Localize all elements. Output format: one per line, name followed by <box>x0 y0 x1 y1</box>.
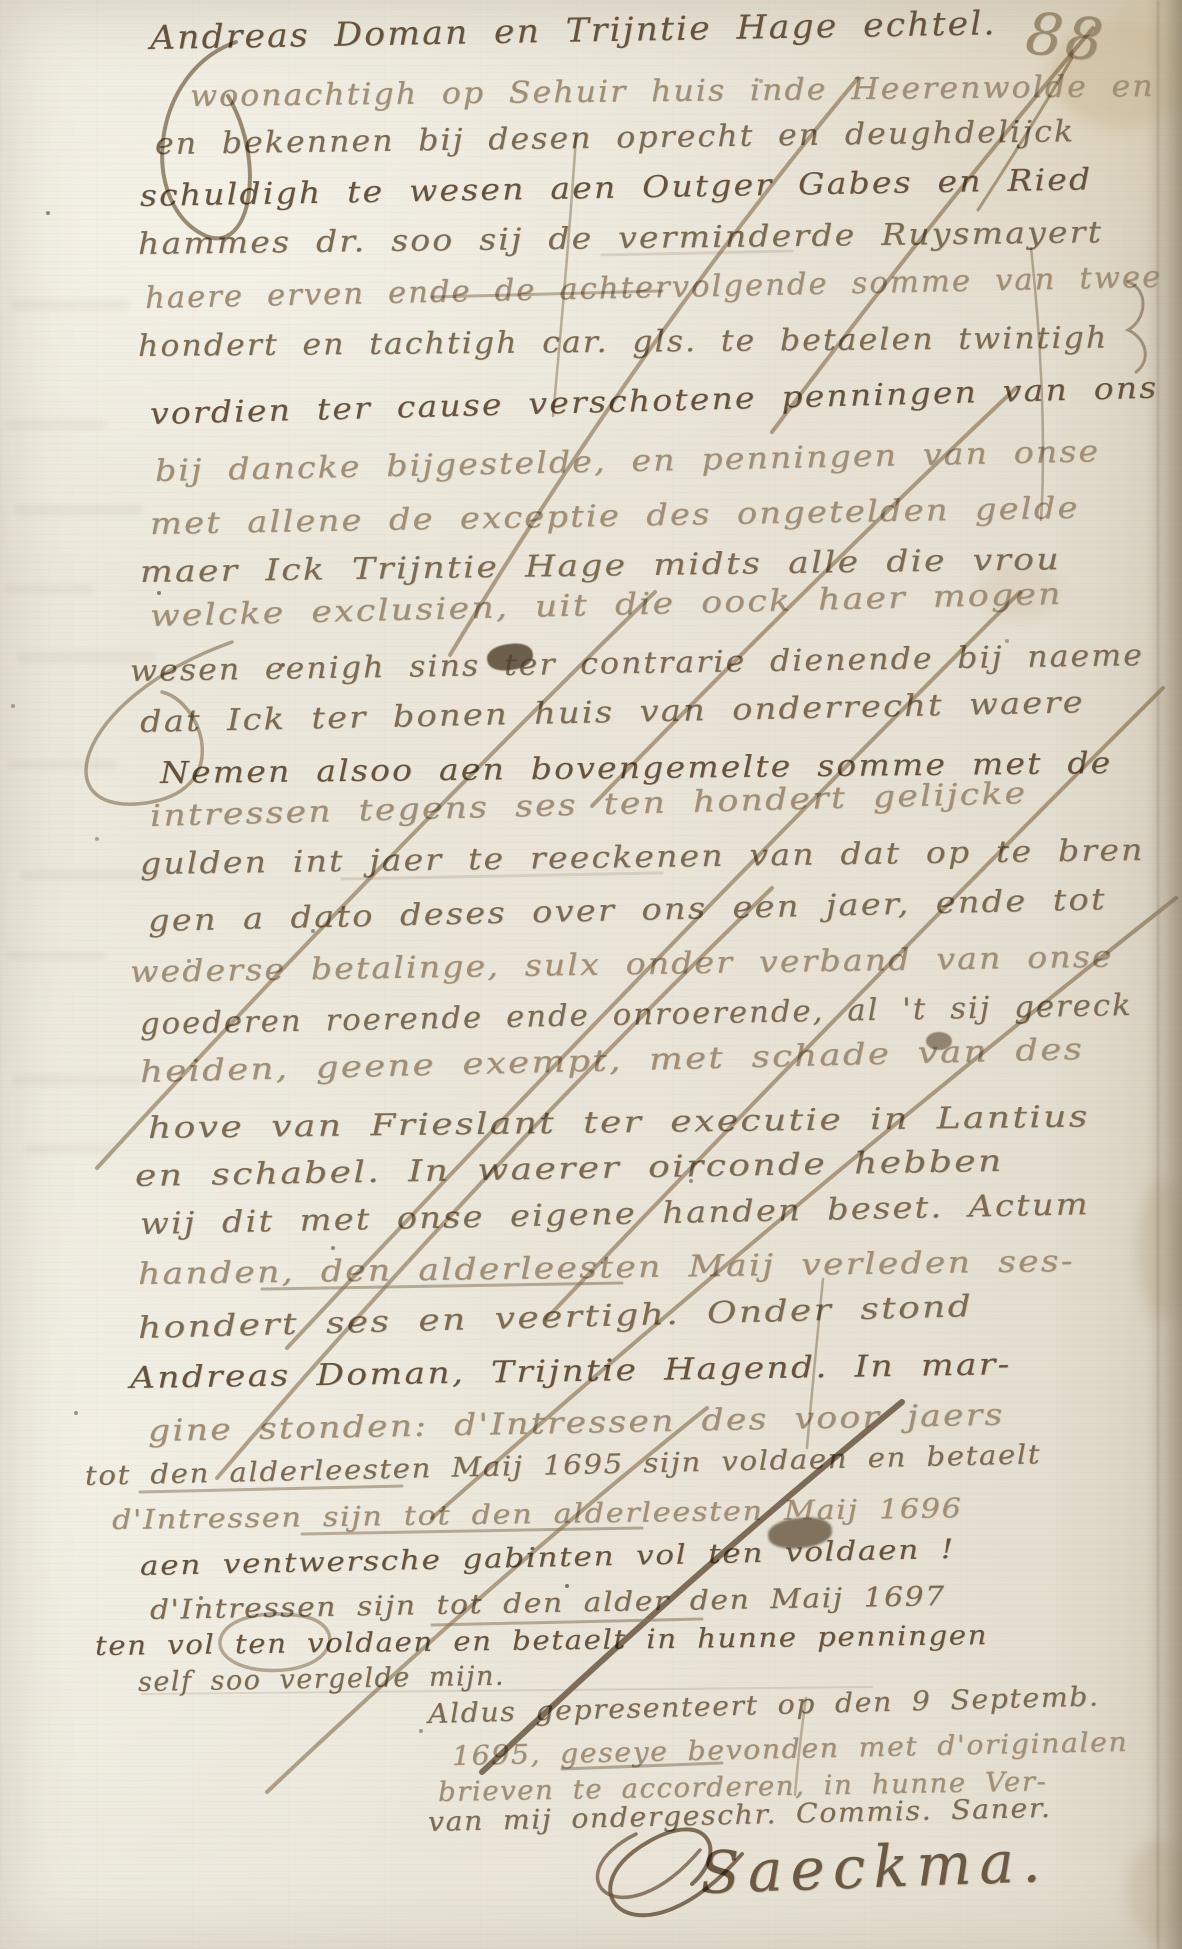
manuscript-line: dat Ick ter bonen huis van onderrecht wa… <box>140 686 1085 739</box>
bleed-through <box>6 420 106 429</box>
bleed-through <box>8 760 118 769</box>
manuscript-line: en bekennen bij desen oprecht en deughde… <box>155 115 1075 161</box>
manuscript-line: Andreas Doman, Trijntie Hagend. In mar- <box>130 1348 1012 1395</box>
manuscript-line: tot den alderleesten Maij 1695 sijn vold… <box>85 1440 1042 1491</box>
manuscript-page: 88 Andreas Doman en Trijntie Hage echtel… <box>0 0 1182 1949</box>
manuscript-line: hondert ses en veertigh. Onder stond <box>138 1290 974 1345</box>
bleed-through <box>14 505 144 515</box>
bleed-through <box>4 585 94 593</box>
manuscript-line: wederse betalinge, sulx onder verband va… <box>130 941 1114 989</box>
manuscript-line: bij dancke bijgestelde, en penningen van… <box>155 435 1101 488</box>
bleed-through <box>6 952 106 960</box>
manuscript-line: aen ventwersche gabinten vol ten voldaen… <box>140 1535 956 1582</box>
manuscript-line: 1695, geseye bevonden met d'originalen <box>452 1728 1129 1772</box>
manuscript-line: wij dit met onse eigene handen beset. Ac… <box>140 1188 1090 1241</box>
bleed-through <box>12 1075 142 1085</box>
manuscript-line: goederen roerende ende onroerende, al 't… <box>140 989 1133 1041</box>
manuscript-line: gen a dato deses over ons een jaer, ende… <box>148 883 1107 938</box>
manuscript-line: met allene de exceptie des ongetelden ge… <box>150 492 1080 541</box>
manuscript-line: d'Intressen sijn tot den alderleesten Ma… <box>112 1494 963 1536</box>
signature-flourish <box>597 1834 700 1897</box>
manuscript-line: ten vol ten voldaen en betaelt in hunne … <box>95 1621 988 1662</box>
bleed-through <box>24 1145 114 1153</box>
manuscript-line: gulden int jaer te reeckenen van dat op … <box>140 834 1145 881</box>
manuscript-line: Aldus gepresenteert op den 9 Septemb. <box>428 1682 1100 1729</box>
manuscript-line: vordien ter cause verschotene penningen … <box>150 372 1159 431</box>
margin-brace-flourish <box>1128 282 1145 372</box>
bleed-through <box>10 300 130 310</box>
folio-number: 88 <box>1023 4 1108 70</box>
manuscript-line: woonachtigh op Sehuir huis inde Heerenwo… <box>190 70 1155 113</box>
ink-blot <box>926 1032 952 1050</box>
manuscript-line: gine stonden: d'Intressen des voor jaers <box>148 1399 1005 1448</box>
manuscript-line: hondert en tachtigh car. gls. te betaele… <box>138 322 1109 363</box>
manuscript-line: wesen eenigh sins ter contrarie dienende… <box>130 639 1144 688</box>
manuscript-line: handen, den alderleesten Maij verleden s… <box>138 1245 1075 1291</box>
page-edge-shadow <box>1146 0 1182 1949</box>
manuscript-line: en schabel. In waerer oirconde hebben <box>135 1145 1004 1193</box>
manuscript-line: hammes dr. soo sij de verminderde Ruysma… <box>138 216 1103 261</box>
manuscript-line: Andreas Doman en Trijntie Hage echtel. <box>150 5 997 56</box>
manuscript-line: d'Intressen sijn tot den alder den Maij … <box>150 1582 946 1626</box>
signature: Saeckma. <box>699 1832 1049 1902</box>
ink-speckles <box>0 0 2 2</box>
manuscript-line: haere erven ende de achtervolgende somme… <box>145 261 1163 315</box>
manuscript-line: self soo vergelde mijn. <box>138 1662 505 1698</box>
manuscript-line: hove van Frieslant ter executie in Lanti… <box>148 1100 1090 1145</box>
manuscript-line: schuldigh te wesen aen Outger Gabes en R… <box>140 163 1093 213</box>
